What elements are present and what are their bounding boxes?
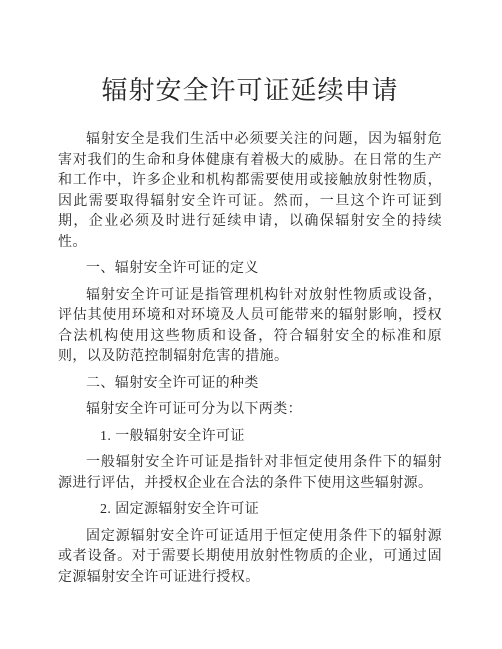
- section-1-heading: 一、辐射安全许可证的定义: [58, 259, 442, 280]
- list-item-1-heading: 1. 一般辐射安全许可证: [58, 427, 442, 448]
- section-1-paragraph: 辐射安全许可证是指管理机构针对放射性物质或设备，评估其使用环境和对环境及人员可能…: [58, 286, 442, 368]
- list-item-1-paragraph: 一般辐射安全许可证是指针对非恒定使用条件下的辐射源进行评估，并授权企业在合法的条…: [58, 453, 442, 494]
- list-item-2-paragraph: 固定源辐射安全许可证适用于恒定使用条件下的辐射源或者设备。对于需要长期使用放射性…: [58, 527, 442, 589]
- section-2-heading: 二、辐射安全许可证的种类: [58, 374, 442, 395]
- list-item-2-heading: 2. 固定源辐射安全许可证: [58, 500, 442, 521]
- document-page: 辐射安全许可证延续申请 辐射安全是我们生活中必须要关注的问题，因为辐射危害对我们…: [0, 0, 502, 649]
- section-2-intro-paragraph: 辐射安全许可证可分为以下两类：: [58, 400, 442, 421]
- document-title: 辐射安全许可证延续申请: [58, 76, 442, 106]
- intro-paragraph: 辐射安全是我们生活中必须要关注的问题，因为辐射危害对我们的生命和身体健康有着极大…: [58, 130, 442, 253]
